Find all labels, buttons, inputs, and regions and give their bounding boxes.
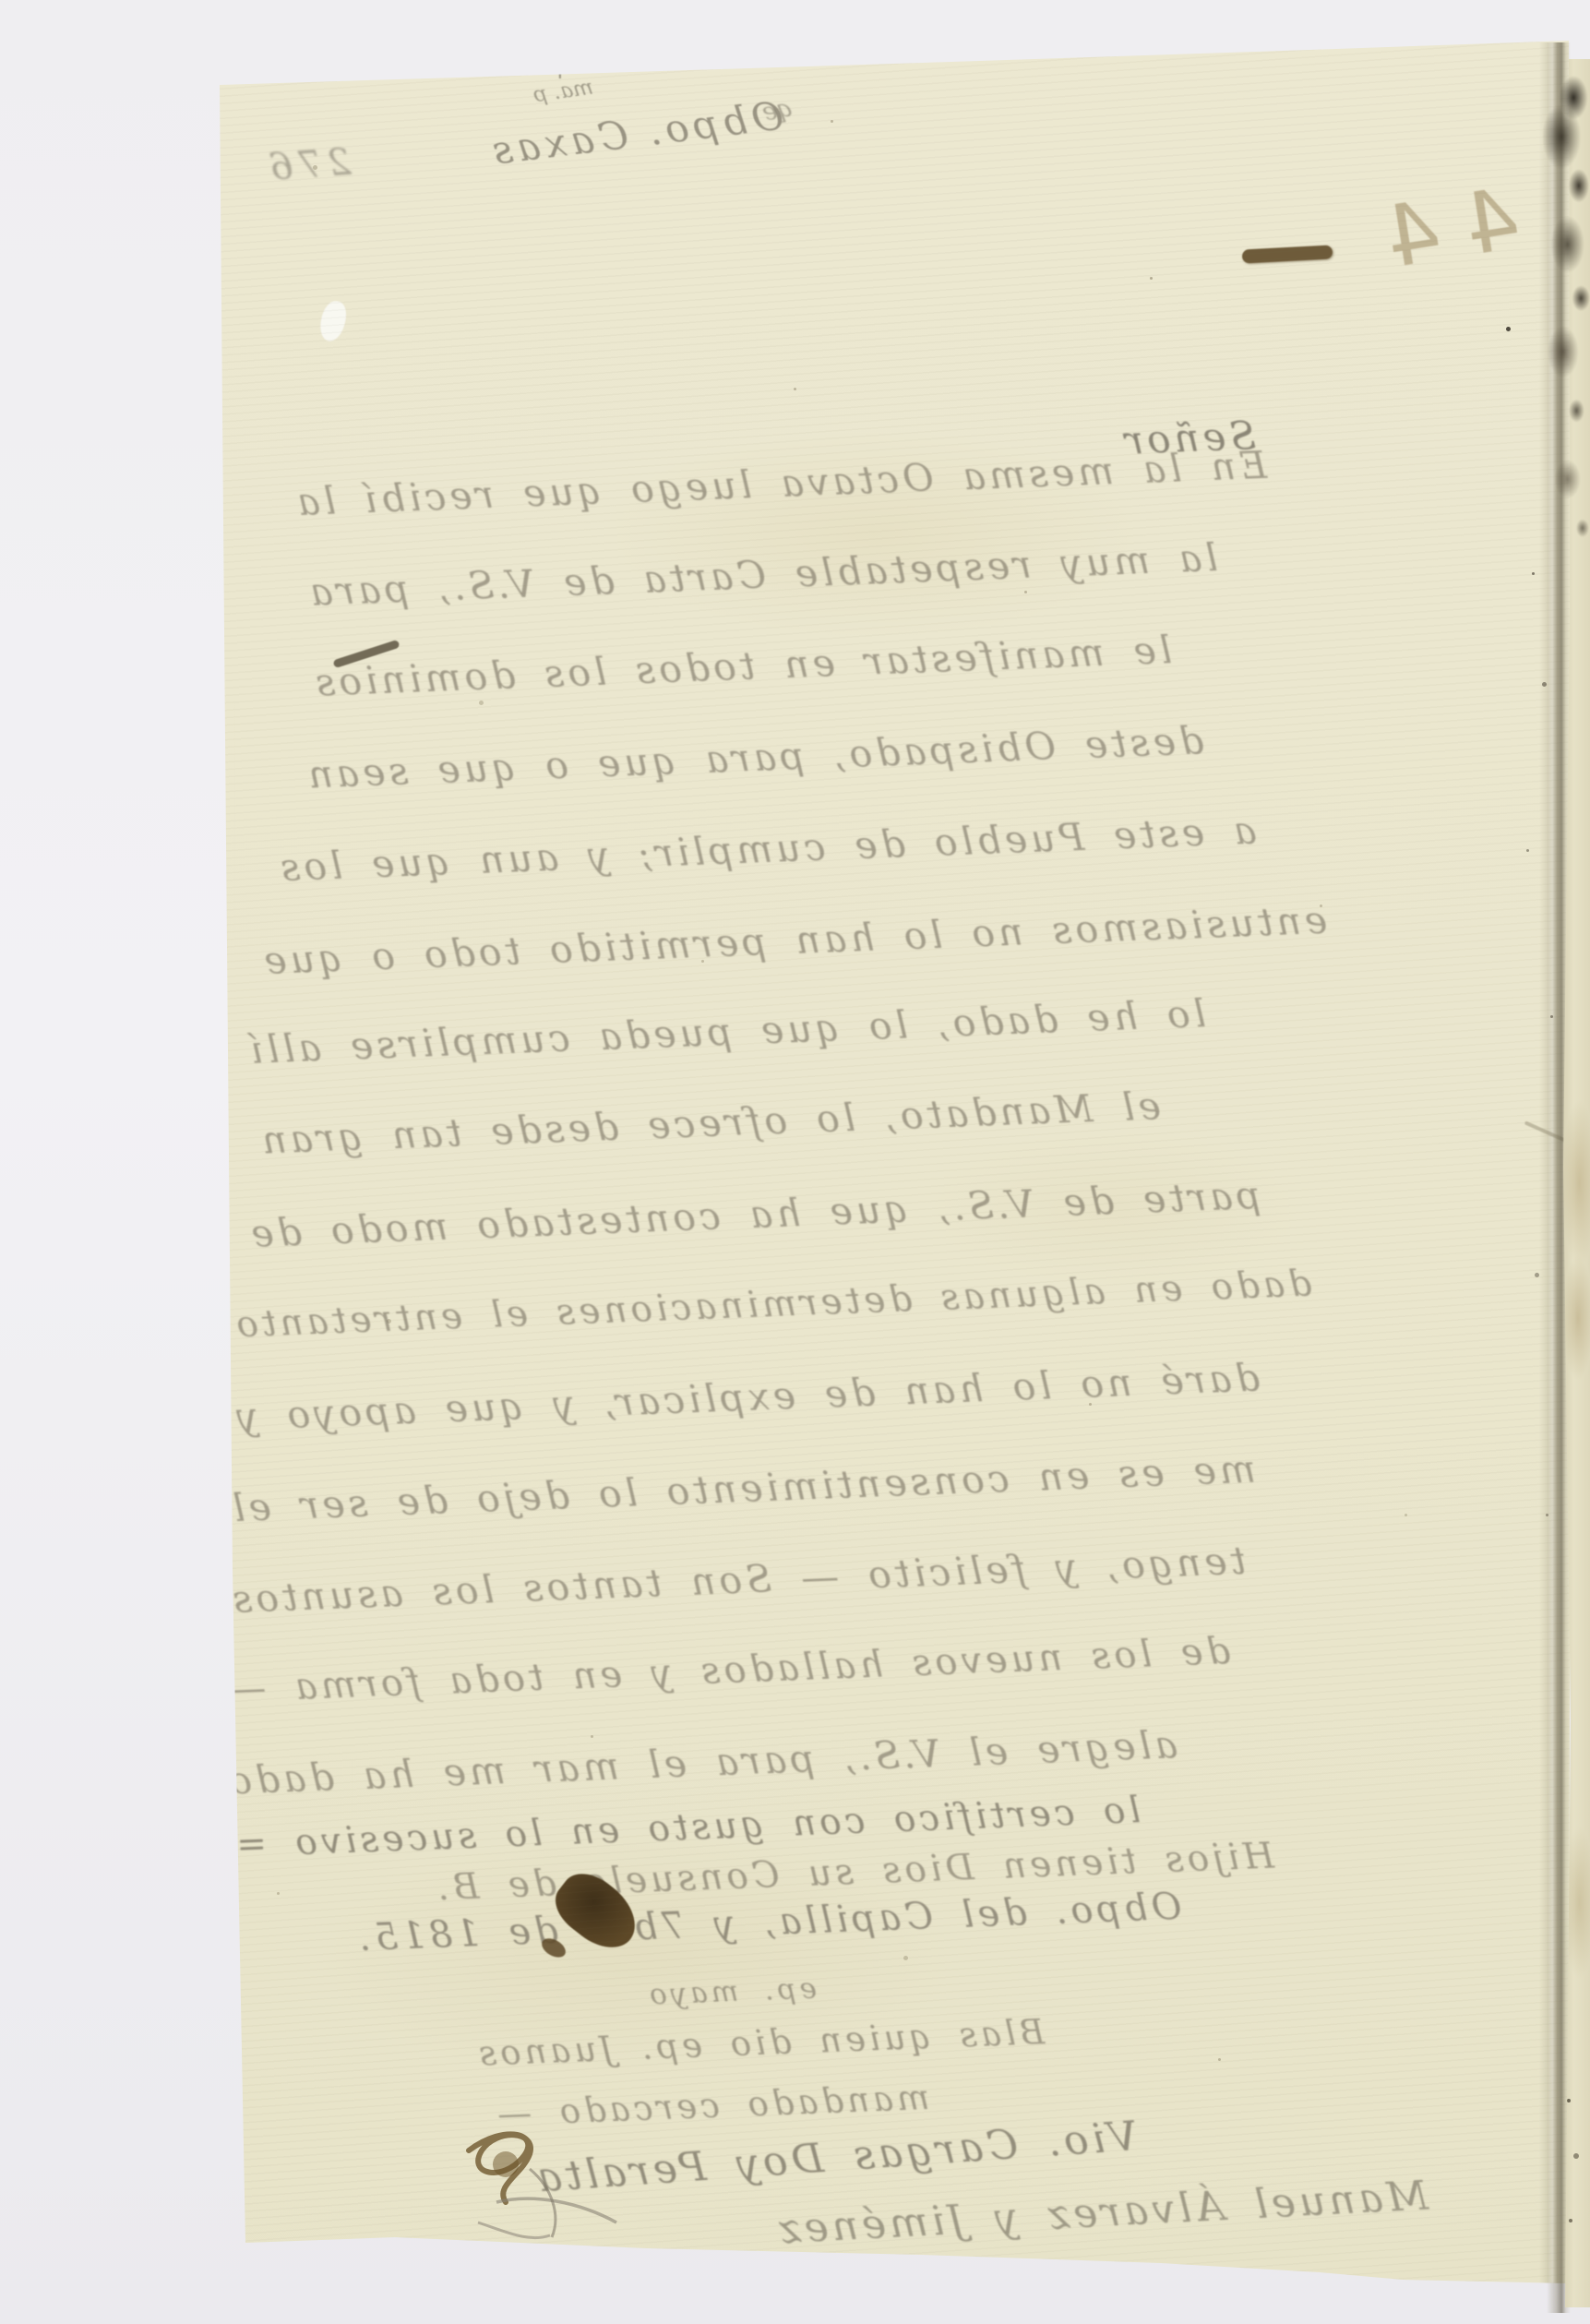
handwritten-line: deste Obispado, para que o que sean <box>304 718 1204 797</box>
handwritten-line: le manifestar en todos los dominios <box>311 628 1172 705</box>
handwritten-line: tengo, y felicito — Son tantos los asunt… <box>228 1539 1246 1622</box>
rubric-tail <box>530 2169 556 2237</box>
handwritten-line: lo he dado, lo que pueda cumplirse allí <box>246 991 1206 1072</box>
handwritten-line: la muy respetable Carta de V.S., para <box>305 535 1218 615</box>
ink-dash-mark <box>1242 245 1333 263</box>
handwritten-line: ep. mayo <box>645 1971 817 2011</box>
rubric-flourish-2 <box>478 2222 550 2238</box>
paper-fleck <box>317 299 348 343</box>
tally-marks: 44 <box>1354 169 1527 292</box>
handwritten-line: parte de V.S., que ha contestado modo de <box>246 1173 1261 1256</box>
handwritten-line: el Mandato, lo ofrece desde tan gran <box>257 1084 1161 1163</box>
annotation-heading: Obpo. Caxas <box>485 93 785 174</box>
handwritten-line: Manuel Álvarez y Jiménez <box>774 2173 1429 2254</box>
signature-rubric <box>441 2114 681 2252</box>
handwritten-line: alegre el V.S., para el mar me ha dado <box>224 1722 1178 1803</box>
handwritten-line: de los nuevos hallados y en toda forma — <box>225 1630 1231 1711</box>
annotation-small-note: ma. p <box>532 76 595 108</box>
handwritten-line: a este Pueblo de cumplir; y aun que los <box>276 809 1257 891</box>
ink-mottle-stain <box>1515 68 1590 557</box>
scan-stage: SeñorEn la mesma Octava luego que recibí… <box>0 0 1590 2324</box>
handwritten-line: En la mesma Octava luego que recibí la <box>293 443 1267 524</box>
paper-specks <box>0 0 3 3</box>
handwritten-line: entusiasmos no lo han permitido todo o q… <box>260 898 1328 983</box>
scattered-ink-specks <box>1532 572 1535 575</box>
handwritten-line: Blas quien dio ep. Juanos <box>474 2012 1045 2074</box>
page-number: 276 <box>263 141 353 189</box>
handwritten-line: me es en consentimiento lo dejo de ser e… <box>228 1447 1256 1531</box>
handwritten-line: dado en algunas determinaciones el entre… <box>233 1264 1313 1347</box>
letter-sheet: SeñorEn la mesma Octava luego que recibí… <box>0 0 1590 2324</box>
handwritten-line: daré no lo han de explicar, y que apoyo … <box>232 1356 1260 1440</box>
